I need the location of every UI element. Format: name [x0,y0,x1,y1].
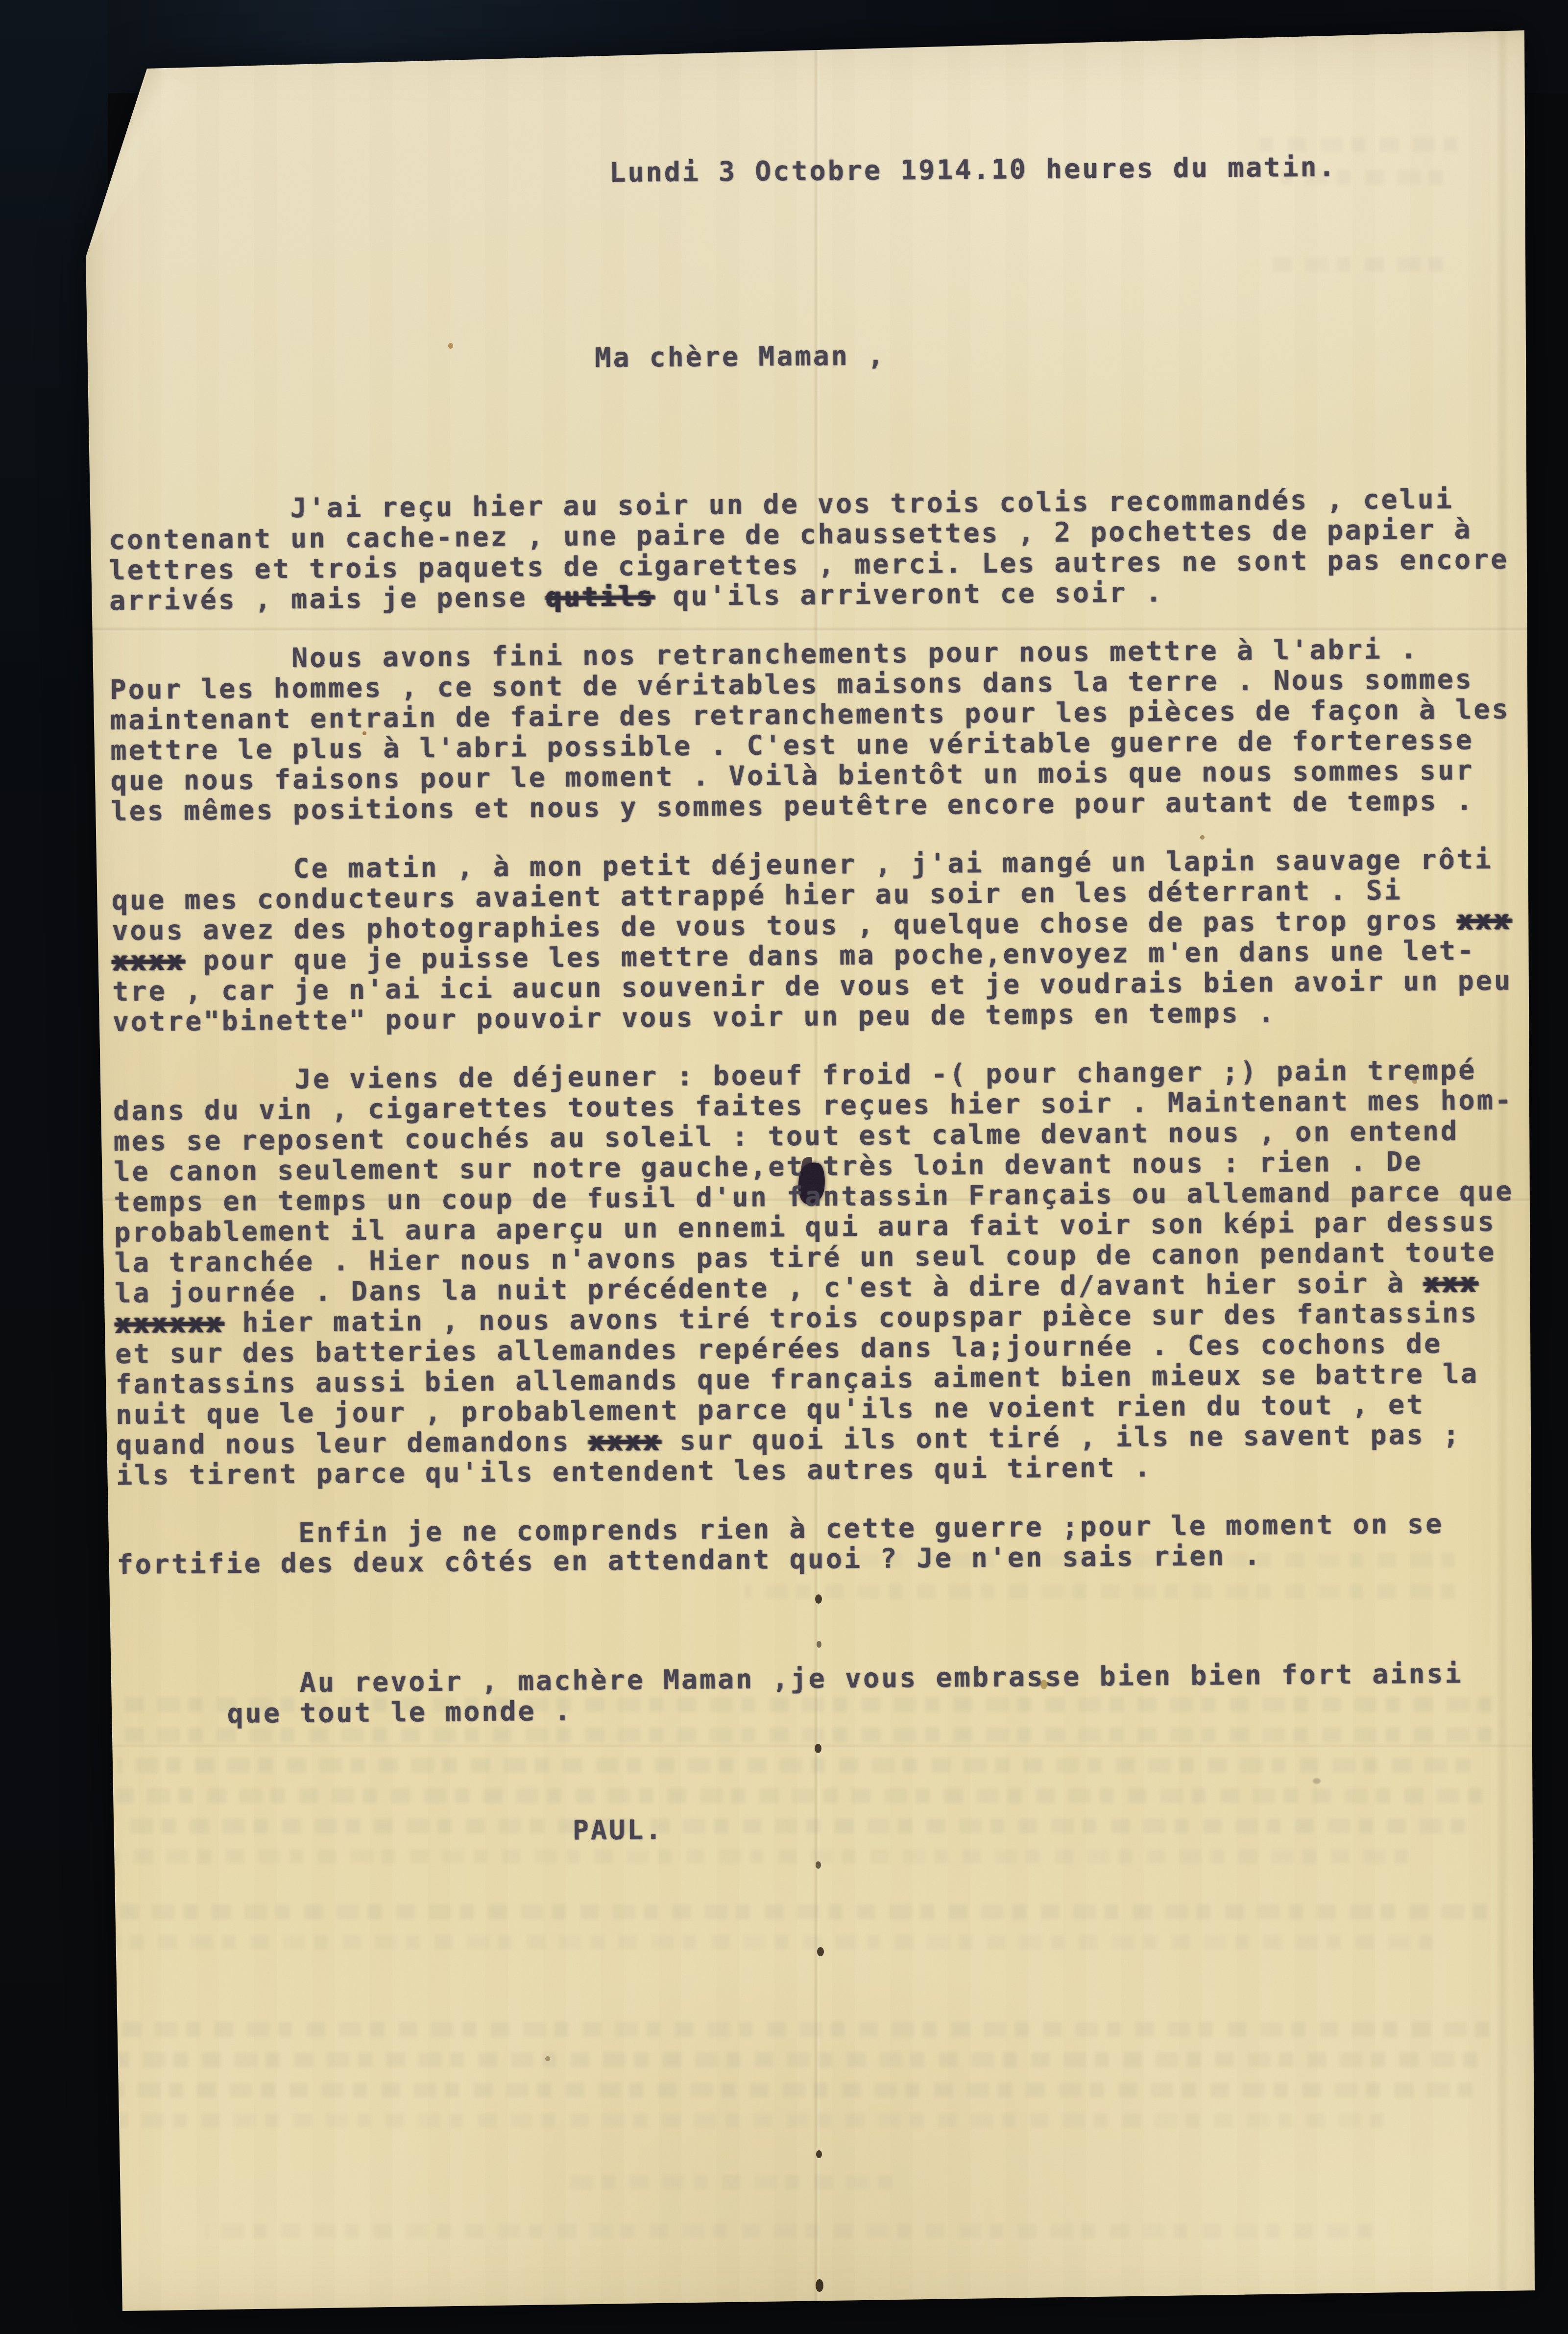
text-run: qu'ils arriveront ce soir . [654,577,1164,612]
letter-sheet-wrapper: Lundi 3 Octobre 1914.10 heures du matin.… [81,27,1545,2319]
ghost-bleedthrough-line [558,2175,892,2190]
paragraph: Je viens de déjeuner : boeuf froid -( po… [113,1054,1529,1491]
salutation: Ma chère Maman , [107,335,1520,377]
ghost-bleedthrough-line [113,2022,1489,2037]
ghost-bleedthrough-line [110,2052,1477,2067]
text-run: sur quoi ils ont tiré , ils ne savent pa… [661,1419,1461,1456]
ghost-bleedthrough-line [120,2083,1472,2097]
paragraph: J'ai reçu hier au soir un de vos trois c… [108,483,1522,616]
closing-block: Au revoir , machère Maman ,je vous embra… [118,1658,1531,1730]
struck-out-text: xxx [1457,904,1512,936]
ghost-bleedthrough-line [206,2224,1372,2238]
date-line: Lundi 3 Octobre 1914.10 heures du matin. [106,150,1519,192]
paragraph: Enfin je ne comprends rien à cette guerr… [117,1508,1530,1580]
paragraph: Ce matin , à mon petit déjeuner , j'ai m… [111,843,1525,1037]
ghost-bleedthrough-line [110,1935,1433,1949]
ghost-bleedthrough-line [110,2113,1384,2128]
text-run: arrivés , mais je pense [109,581,546,616]
text-run: que tout le monde . [118,1695,573,1730]
letter-body: J'ai reçu hier au soir un de vos trois c… [108,483,1529,1580]
signature: PAUL. [119,1807,1532,1849]
letter-sheet: Lundi 3 Octobre 1914.10 heures du matin.… [81,27,1545,2319]
letter-text: Lundi 3 Octobre 1914.10 heures du matin.… [105,89,1532,1910]
struck-out-text: xxxx [588,1425,661,1457]
scanned-letter-page: { "letter": { "date_line": "Lundi 3 Octo… [0,0,1568,2334]
struck-out-text: qutils [545,580,654,613]
text-run: quand nous leur demandons [116,1425,588,1461]
paragraph: Nous avons fini nos retranchements pour … [110,633,1524,826]
struck-out-text: xxxx [112,945,185,977]
struck-out-text: xxxxxx [115,1307,224,1339]
struck-out-text: xxx [1423,1267,1478,1299]
